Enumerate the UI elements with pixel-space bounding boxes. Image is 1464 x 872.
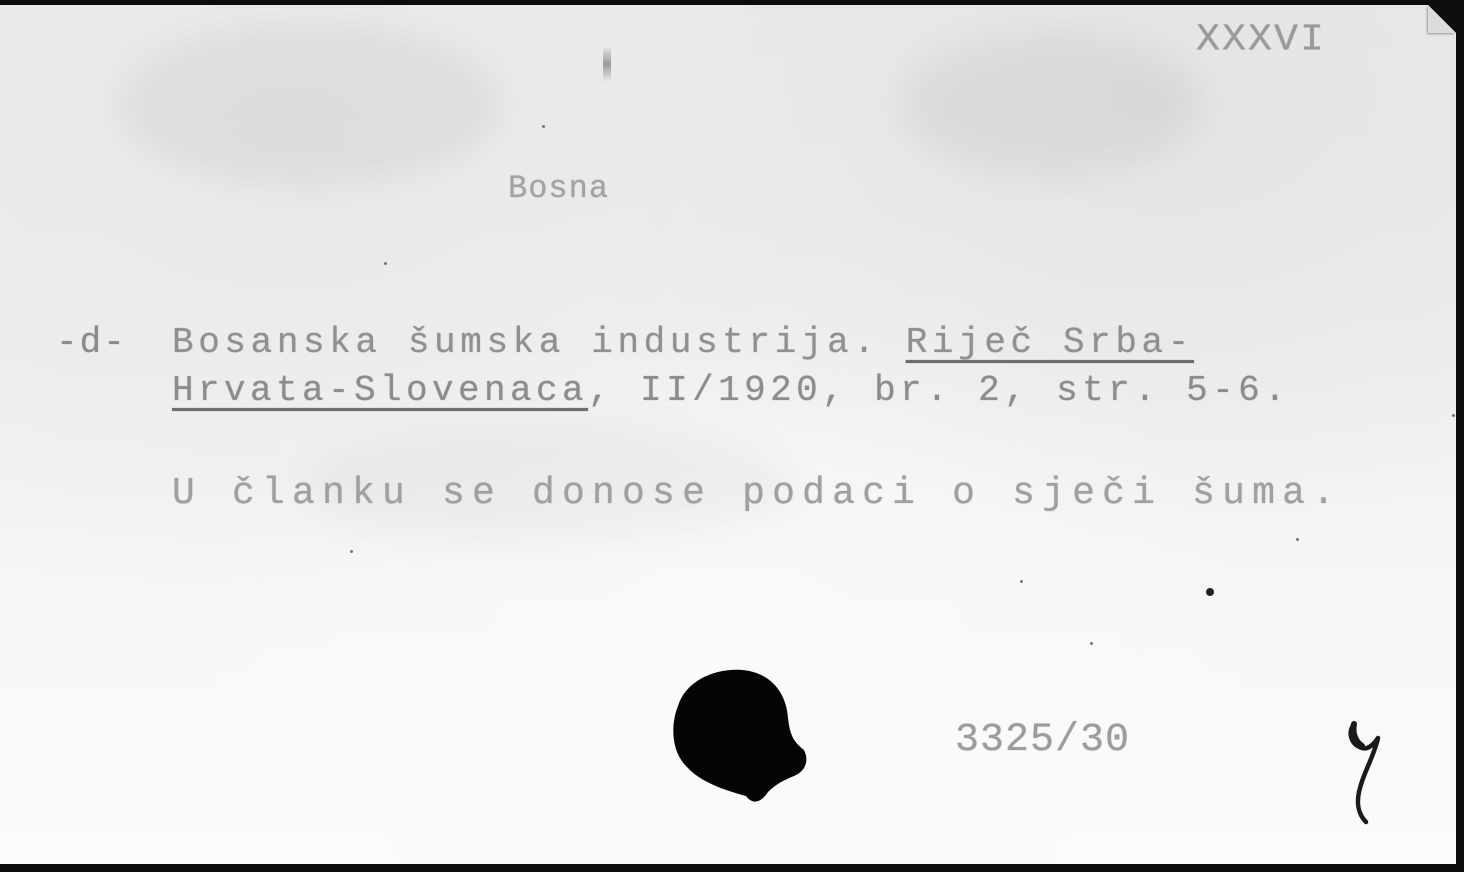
subject-heading: Bosna — [508, 170, 609, 207]
ink-speck — [1452, 414, 1455, 417]
journal-title-part-1: Riječ Srba- — [906, 322, 1194, 363]
call-number: 3325/30 — [955, 718, 1130, 763]
scanned-card-image: XXXVI Bosna -d- Bosanska šumska industri… — [0, 0, 1464, 872]
punch-hole — [664, 666, 809, 806]
ink-speck — [1090, 642, 1093, 645]
folded-corner — [1428, 5, 1456, 33]
ink-speck — [350, 550, 353, 553]
ink-speck — [1020, 580, 1023, 583]
roman-numeral: XXXVI — [1196, 19, 1326, 62]
ink-speck — [542, 125, 545, 128]
journal-title-part-2: Hrvata-Slovenaca — [172, 370, 588, 411]
citation-details: , II/1920, br. 2, str. 5-6. — [588, 370, 1290, 411]
paper-stain — [120, 25, 500, 185]
entry-marker: -d- — [56, 322, 127, 363]
ink-speck — [1296, 538, 1299, 541]
citation-line-1: Bosanska šumska industrija. Riječ Srba- — [172, 322, 1194, 363]
pencil-mark — [603, 46, 611, 82]
ink-speck — [384, 262, 387, 265]
handwritten-number — [1340, 716, 1388, 826]
summary-text: U članku se donose podaci o sječi šuma. — [172, 472, 1342, 515]
article-title: Bosanska šumska industrija. — [172, 322, 880, 363]
citation-line-2: Hrvata-Slovenaca, II/1920, br. 2, str. 5… — [172, 370, 1290, 411]
paper-stain — [900, 35, 1200, 175]
ink-speck — [1206, 588, 1214, 596]
